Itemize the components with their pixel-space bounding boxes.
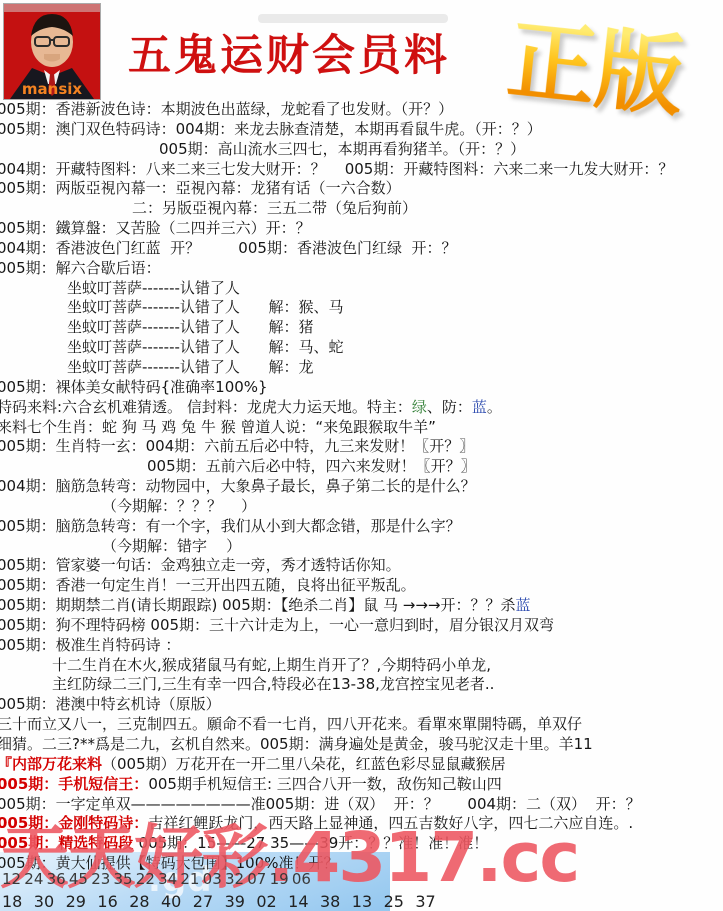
text-line: 来料七个生肖：蛇 狗 马 鸡 兔 牛 猴 曾道人说：“来兔跟猴取牛羊” (0, 418, 723, 438)
number-row-1: 1224364523352234210332071906 (2, 870, 314, 888)
lottery-number: 13 (352, 892, 384, 911)
text-segment: 005期：裸体美女献特码{准确率100%} (0, 378, 268, 396)
text-segment: 005期：香港一句定生肖！一三开出四五随，良将出征平叛乱。 (0, 576, 416, 594)
text-line: 005期：极准生肖特码诗 ： (0, 636, 723, 656)
text-line: 坐蚊叮菩萨-------认错了人 解：猪 (0, 318, 723, 338)
text-segment: 蓝 (515, 596, 530, 614)
text-segment: 二：另版亞視內幕：三五二带（兔后狗前） (132, 199, 417, 217)
text-line: 十二生肖在木火,猴成猪鼠马有蛇,上期生肖开了？,今期特码小单龙, (0, 656, 723, 676)
text-segment: 005期：香港新波色诗：本期波色出蓝绿，龙蛇看了也发财。（开？） (0, 100, 453, 118)
text-line: 005期：五前六后必中特，四六来发财！〖开？〗 (0, 457, 723, 477)
text-line: 三十而立又八一，三克制四五。願命不看一七肖，四八开花来。看單來單開特碼，单双仔 (0, 715, 723, 735)
text-line: 005期：澳门双色特码诗：004期：来龙去脉查清楚，本期再看鼠牛虎。（开：？） (0, 120, 723, 140)
text-segment: 005期：一字定单双————————准005期：进（双） 开：？ 004期：二（… (0, 795, 641, 813)
lottery-number: 25 (384, 892, 416, 911)
lottery-number: 07 (247, 870, 269, 888)
text-line: 005期：解六合歇后语： (0, 259, 723, 279)
lottery-number: 02 (256, 892, 288, 911)
lottery-number: 27 (193, 892, 225, 911)
text-line: 005期：港澳中特玄机诗（原版） (0, 695, 723, 715)
text-segment: 绿 (412, 398, 427, 416)
text-segment: 005期：脑筋急转弯：有一个字，我们从小到大都念错，那是什么字？ (0, 517, 461, 535)
text-segment: 005期：鐵算盤：又苦脸（二四并三六）开：？ (0, 219, 311, 237)
text-line: 005期：两版亞視內幕一：亞視內幕：龙猪有话（一六合数） (0, 179, 723, 199)
number-row-2: 1830291628402739021438132537 (2, 892, 447, 911)
text-segment: （今期解：错字 ） (102, 537, 241, 555)
lottery-number: 28 (129, 892, 161, 911)
lottery-number: 14 (288, 892, 320, 911)
text-segment: 蓝 (472, 398, 487, 416)
text-segment: 细猜。二三?**爲是二九，玄机自然来。005期：满身遍处是黄金，骏马驼汉走十里。… (0, 735, 593, 753)
text-segment: 005期：生肖特一玄：004期：六前五后必中特，九三来发财！〖开？〗 (0, 437, 474, 455)
lottery-number: 03 (203, 870, 225, 888)
lottery-number: 22 (136, 870, 158, 888)
text-segment: 004期：开藏特图料：八来二来三七发大财开：？ 005期：开藏特图料：六来二来一… (0, 160, 673, 178)
lottery-number: 29 (66, 892, 98, 911)
text-line: 004期：开藏特图料：八来二来三七发大财开：？ 005期：开藏特图料：六来二来一… (0, 160, 723, 180)
text-segment: 主红防绿二三门,三生有幸一四合,特段必在13-38,龙宫控宝见老者.. (52, 675, 494, 693)
text-segment: 特码来料:六合玄机难猜透。 信封料：龙虎大力运天地。特主： (0, 398, 412, 416)
lottery-number: 34 (158, 870, 180, 888)
text-line: 005期：管家婆一句话：金鸡独立走一旁，秀才透特话你知。 (0, 556, 723, 576)
text-segment: 坐蚊叮菩萨-------认错了人 解：马、蛇 (67, 338, 344, 356)
text-line: 005期：期期禁二肖(请长期跟踪) 005期：【绝杀二肖】鼠 马 →→→开：？？… (0, 596, 723, 616)
page-title: 五鬼运财会员料 (128, 22, 450, 83)
text-line: 005期：脑筋急转弯：有一个字，我们从小到大都念错，那是什么字？ (0, 517, 723, 537)
text-segment: 005期：澳门双色特码诗：004期：来龙去脉查清楚，本期再看鼠牛虎。（开：？） (0, 120, 542, 138)
text-segment: 。 (487, 398, 502, 416)
text-line: （今期解：？？？ ） (0, 497, 723, 517)
lottery-number: 06 (292, 870, 314, 888)
text-line: 坐蚊叮菩萨-------认错了人 (0, 279, 723, 299)
text-segment: （005期）万花开在一开二里八朵花，红蓝色彩尽显鼠藏猴居 (102, 755, 506, 773)
text-segment: 005期手机短信王: 三四合八开一数，敌伤知己鞍山四 (148, 775, 501, 793)
text-line: 004期：香港波色门红蓝 开？ 005期：香港波色门红绿 开：？ (0, 239, 723, 259)
text-segment: 005期：港澳中特玄机诗（原版） (0, 695, 221, 713)
text-line: 005期：香港一句定生肖！一三开出四五随，良将出征平叛乱。 (0, 576, 723, 596)
text-line: 005期：裸体美女献特码{准确率100%} (0, 378, 723, 398)
text-segment: 005期：极准生肖特码诗 ： (0, 636, 180, 654)
text-segment: 三十而立又八一，三克制四五。願命不看一七肖，四八开花来。看單來單開特碼，单双仔 (0, 715, 582, 733)
text-segment: 005期：手机短信王： (0, 775, 148, 793)
text-segment: 005期：两版亞視內幕一：亞視內幕：龙猪有话（一六合数） (0, 179, 401, 197)
text-line: 『内部万花来料（005期）万花开在一开二里八朵花，红蓝色彩尽显鼠藏猴居 (0, 755, 723, 775)
text-line: 005期：鐵算盤：又苦脸（二四并三六）开：？ (0, 219, 723, 239)
text-line: 二：另版亞視內幕：三五二带（兔后狗前） (0, 199, 723, 219)
text-segment: 005期：五前六后必中特，四六来发财！〖开？〗 (147, 457, 476, 475)
portrait-photo: mansix (3, 3, 101, 100)
text-segment: 坐蚊叮菩萨-------认错了人 解：猴、马 (67, 298, 344, 316)
text-segment: 来料七个生肖：蛇 狗 马 鸡 兔 牛 猴 曾道人说：“来兔跟猴取牛羊” (0, 418, 436, 436)
text-segment: 005期：解六合歇后语： (0, 259, 161, 277)
text-segment: 005期：狗不理特码榜 005期：三十六计走为上，一心一意归到时，眉分银汉月双弯 (0, 616, 554, 634)
text-line: 特码来料:六合玄机难猜透。 信封料：龙虎大力运天地。特主：绿、防：蓝。 (0, 398, 723, 418)
text-segment: 坐蚊叮菩萨-------认错了人 解：猪 (67, 318, 314, 336)
text-segment: 、防： (427, 398, 472, 416)
lottery-number: 37 (415, 892, 447, 911)
text-line: 坐蚊叮菩萨-------认错了人 解：龙 (0, 358, 723, 378)
text-line: 坐蚊叮菩萨-------认错了人 解：猴、马 (0, 298, 723, 318)
text-line: 005期：高山流水三四七，本期再看狗猪羊。（开：？） (0, 140, 723, 160)
text-line: 005期：手机短信王：005期手机短信王: 三四合八开一数，敌伤知己鞍山四 (0, 775, 723, 795)
text-line: 细猜。二三?**爲是二九，玄机自然来。005期：满身遍处是黄金，骏马驼汉走十里。… (0, 735, 723, 755)
text-segment: 坐蚊叮菩萨-------认错了人 解：龙 (67, 358, 314, 376)
text-line: 005期：一字定单双————————准005期：进（双） 开：？ 004期：二（… (0, 795, 723, 815)
text-line: 坐蚊叮菩萨-------认错了人 解：马、蛇 (0, 338, 723, 358)
lottery-number: 19 (270, 870, 292, 888)
lottery-number: 21 (180, 870, 202, 888)
lottery-number: 16 (97, 892, 129, 911)
text-line: 005期：香港新波色诗：本期波色出蓝绿，龙蛇看了也发财。（开？） (0, 100, 723, 120)
lottery-number: 30 (34, 892, 66, 911)
lottery-number: 38 (320, 892, 352, 911)
lottery-number: 24 (24, 870, 46, 888)
lottery-number: 32 (225, 870, 247, 888)
lottery-number: 40 (161, 892, 193, 911)
portrait-photo-graphic: mansix (4, 4, 100, 99)
text-segment: 005期：管家婆一句话：金鸡独立走一旁，秀才透特话你知。 (0, 556, 401, 574)
lottery-number: 35 (113, 870, 135, 888)
text-segment: （今期解：？？？ ） (102, 497, 256, 515)
text-segment: 005期：高山流水三四七，本期再看狗猪羊。（开：？） (159, 140, 525, 158)
text-segment: 004期：脑筋急转弯：动物园中，大象鼻子最长，鼻子第二长的是什么？ (0, 477, 476, 495)
text-line: （今期解：错字 ） (0, 537, 723, 557)
text-line: 005期：生肖特一玄：004期：六前五后必中特，九三来发财！〖开？〗 (0, 437, 723, 457)
photo-caption: mansix (22, 80, 83, 98)
text-segment: 坐蚊叮菩萨-------认错了人 (67, 279, 240, 297)
text-segment: 十二生肖在木火,猴成猪鼠马有蛇,上期生肖开了？,今期特码小单龙, (52, 656, 491, 674)
text-segment: 005期：期期禁二肖(请长期跟踪) 005期：【绝杀二肖】鼠 马 →→→开：？？… (0, 596, 515, 614)
tips-text-block: 005期：香港新波色诗：本期波色出蓝绿，龙蛇看了也发财。（开？）005期：澳门双… (0, 100, 723, 874)
lottery-number: 18 (2, 892, 34, 911)
text-segment: 004期：香港波色门红蓝 开？ 005期：香港波色门红绿 开：？ (0, 239, 456, 257)
lottery-number: 23 (91, 870, 113, 888)
text-line: 004期：脑筋急转弯：动物园中，大象鼻子最长，鼻子第二长的是什么？ (0, 477, 723, 497)
lottery-number: 45 (69, 870, 91, 888)
text-line: 005期：狗不理特码榜 005期：三十六计走为上，一心一意归到时，眉分银汉月双弯 (0, 616, 723, 636)
text-segment: 『内部万花来料 (0, 755, 102, 773)
lottery-number: 36 (47, 870, 69, 888)
text-line: 主红防绿二三门,三生有幸一四合,特段必在13-38,龙宫控宝见老者.. (0, 675, 723, 695)
lottery-number: 39 (225, 892, 257, 911)
lottery-number: 12 (2, 870, 24, 888)
